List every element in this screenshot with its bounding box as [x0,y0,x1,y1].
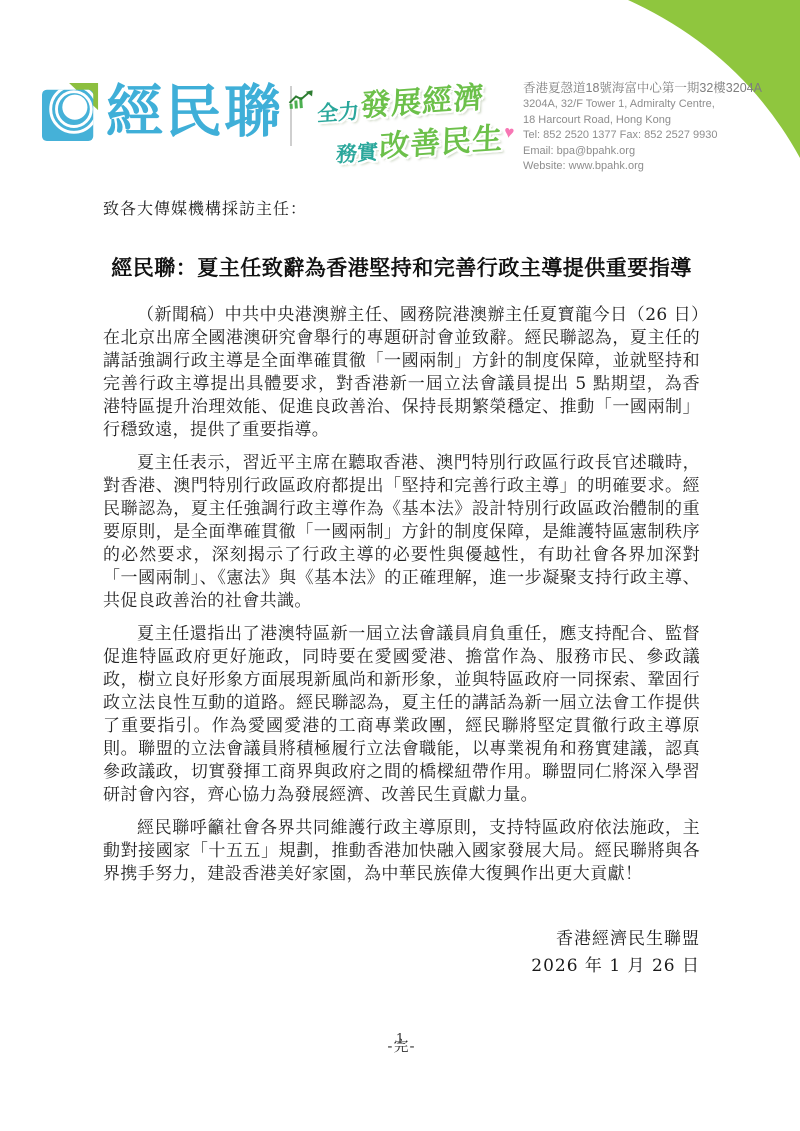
paragraph-3: 夏主任還指出了港澳特區新一屆立法會議員肩負重任，應支持配合、監督促進特區政府更好… [103,623,700,807]
contact-address-en2: 18 Harcourt Road, Hong Kong [523,113,783,129]
contact-website: Website: www.bpahk.org [523,159,783,175]
paragraph-1: （新聞稿）中共中央港澳辦主任、國務院港澳辦主任夏寶龍今日（26 日）在北京出席全… [103,304,700,442]
slogan-word-wushi: 務實 [336,136,379,169]
slogan-word-gaishanminsheng: 改善民生 [379,113,504,166]
page-title: 經民聯：夏主任致辭為香港堅持和完善行政主導提供重要指導 [103,252,700,282]
paragraph-2: 夏主任表示，習近平主席在聽取香港、澳門特別行政區行政長官述職時，對香港、澳門特別… [103,452,700,613]
contact-email: Email: bpa@bpahk.org [523,144,783,160]
signature-org: 香港經濟民生聯盟 [103,926,700,953]
bpa-logo: 經民聯 [42,82,283,142]
signature-date: 2026 年 1 月 26 日 [103,953,700,980]
slogan-graphic: 全力 發展經濟 務實 改善民生 ♥ [301,71,507,171]
contact-tel-fax: Tel: 852 2520 1377 Fax: 852 2527 9930 [523,128,783,144]
press-release-page: 經民聯 全力 發展經濟 務實 改善民生 ♥ 香港夏 [0,0,800,1131]
page-number: 1 [0,1032,800,1047]
heart-icon: ♥ [503,122,516,143]
growth-chart-icon [288,90,315,110]
contact-address-en1: 3204A, 32/F Tower 1, Admiralty Centre, [523,97,783,113]
signature-block: 香港經濟民生聯盟 2026 年 1 月 26 日 [103,926,700,980]
salutation: 致各大傳媒機構採訪主任： [103,196,700,219]
paragraphs: （新聞稿）中共中央港澳辦主任、國務院港澳辦主任夏寶龍今日（26 日）在北京出席全… [103,304,700,886]
paragraph-4: 經民聯呼籲社會各界共同維護行政主導原則，支持特區政府依法施政，主動對接國家「十五… [103,817,700,886]
bpa-logo-icon [42,83,100,141]
letterhead: 經民聯 全力 發展經濟 務實 改善民生 ♥ 香港夏 [42,78,782,173]
contact-block: 香港夏愨道18號海富中心第一期32樓3204A 3204A, 32/F Towe… [523,80,783,175]
slogan-word-quanli: 全力 [317,95,360,128]
contact-address-zh: 香港夏愨道18號海富中心第一期32樓3204A [523,80,783,97]
org-logo-name: 經民聯 [106,82,283,142]
document-body: 致各大傳媒機構採訪主任： 經民聯：夏主任致辭為香港堅持和完善行政主導提供重要指導… [103,196,700,1056]
